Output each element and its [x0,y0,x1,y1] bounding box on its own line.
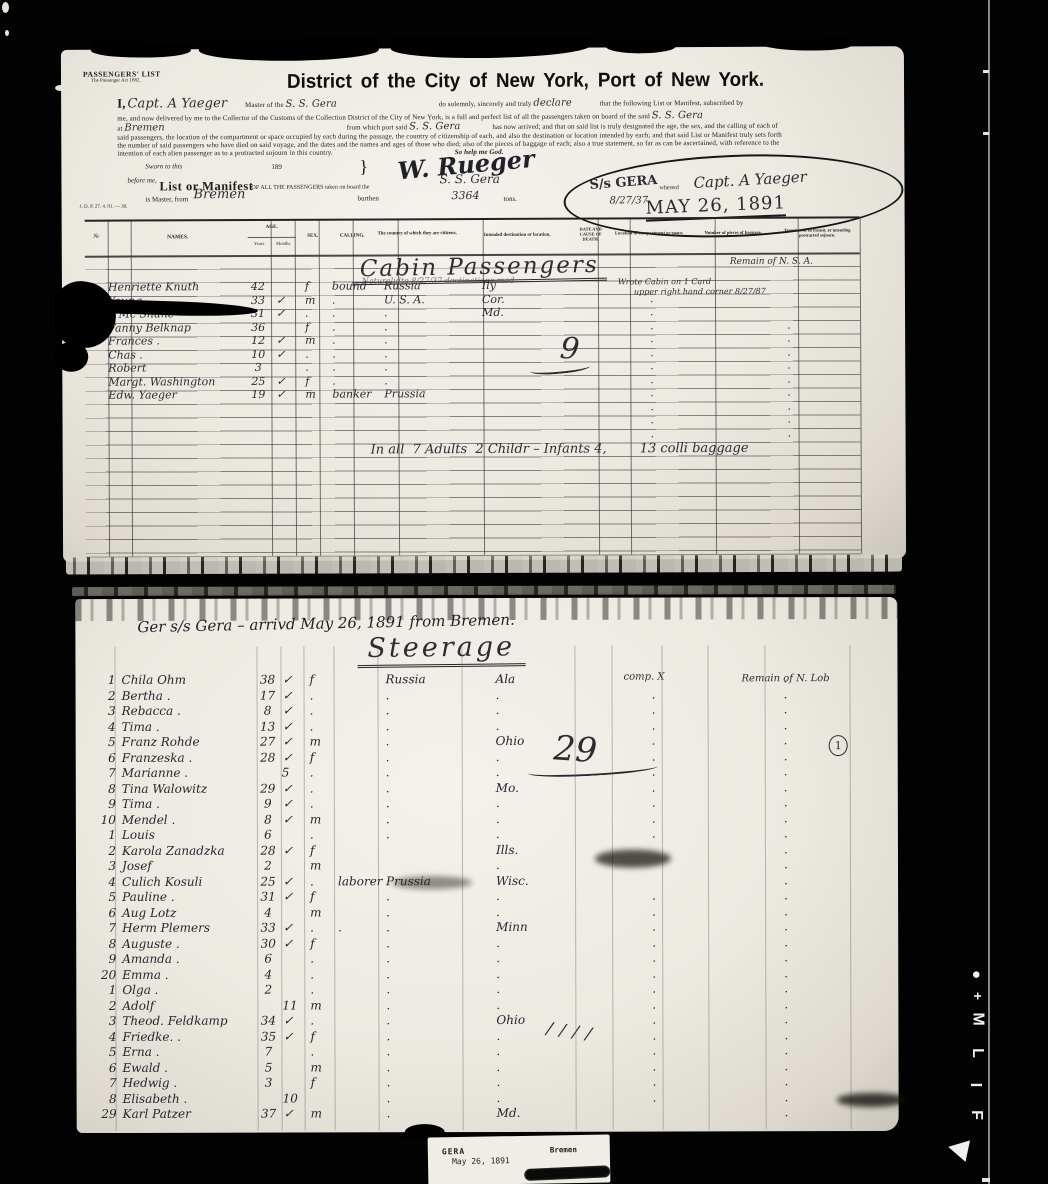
manifest-row: 2Karola Zanadzka28✓fIlls.. [76,841,898,857]
cell-country: . [384,306,388,319]
cell-country: . [386,827,390,841]
film-edge-line [988,0,990,1184]
manifest-row: 8Tina Walowitz29✓..Mo... [76,779,898,795]
cell-country: . [386,1029,390,1043]
cell-country: . [386,998,390,1012]
cell-name: Erna . [122,1045,159,1059]
manifest-row: 2Adolf11m.... [76,996,898,1012]
cell-country: . [386,765,390,779]
cell-no: 29 [97,1107,117,1121]
cell-comp: . [652,920,656,934]
cell-no: 2 [96,688,116,702]
film-letter-m: M [969,1012,987,1025]
cell-comp: . [653,1090,657,1104]
cell-dest: Ohio [496,1013,525,1027]
cell-comp: . [652,703,656,717]
cell-country: . [386,936,390,950]
cell-comp: . [652,749,656,763]
cell-name: Tima . [122,797,160,811]
cell-trans: . [784,1012,788,1026]
cell-years: 28 [255,843,281,857]
cell-chk: ✓ [283,936,293,950]
cell-country: . [384,333,388,346]
cell-name: Marianne . [122,766,188,780]
cell-country: . [384,347,388,360]
cell-comp: . [650,305,654,318]
cell-name: Margt. Washington [108,375,215,388]
cell-sex: m [310,905,321,919]
cell-country: . [386,750,390,764]
cell-country: . [384,374,388,387]
cell-no: 8 [96,936,116,950]
cell-calling: . [332,307,336,320]
cell-sex: m [310,858,321,872]
cell-years: 42 [245,280,271,293]
cell-dest: Minn [496,920,528,934]
cell-name: Aug Lotz [122,905,176,919]
cell-sex: f [310,750,314,764]
microfilm-scan: PASSENGERS' LIST The Passenger Act 1882.… [0,0,1048,1184]
cell-years: 27 [255,735,281,749]
cell-trans: . [784,888,788,902]
cell-comp: . [652,734,656,748]
cell-comp: . [650,319,654,332]
cell-comp: . [650,346,654,359]
cell-trans: . [784,981,788,995]
cell-years: 2 [255,983,281,997]
manifest-row: 5Pauline .31✓f.... [76,888,898,904]
manifest-row: 6Aug Lotz4m.... [76,903,898,919]
cell-no: 6 [96,905,116,919]
cell-name: Rebacca . [122,704,181,718]
cell-sex: m [311,1106,322,1120]
cell-trans: . [787,386,791,399]
cell-chk: ✓ [276,293,285,306]
cell-calling: . [332,374,336,387]
cell-dest: Md. [497,1106,521,1120]
film-letter-l: L [968,1048,986,1058]
torn-paper-strip [66,555,902,575]
cell-chk: ✓ [276,388,285,401]
cell-trans: . [785,1059,789,1073]
manifest-row: 3Josef2m.. [76,857,898,873]
cell-name: Tina Walowitz [122,781,207,795]
cell-trans: . [784,857,788,871]
cell-comp: . [652,982,656,996]
cell-trans: . [784,702,788,716]
cell-name: Louis [122,828,155,842]
cell-calling: laborer [338,874,383,888]
cell-no: 3 [96,704,116,718]
cell-chk: ✓ [283,719,293,733]
cell-sex: . [305,347,309,360]
cell-chk: ✓ [283,890,293,904]
manifest-row: 8Elisabeth .10.... [77,1089,899,1105]
cell-years: 34 [255,1014,281,1028]
cell-trans: . [788,426,792,439]
cell-comp: . [652,1028,656,1042]
cell-country: . [386,982,390,996]
manifest-row: 5Franz Rohde27✓m.Ohio.. [76,733,898,749]
cell-no: 5 [96,1045,116,1059]
cell-no: 7 [96,766,116,780]
cell-trans: . [784,966,788,980]
cell-country: . [387,1075,391,1089]
cell-comp: . [652,997,656,1011]
cell-name: Bertha . [122,688,171,702]
cell-chk: ✓ [283,843,293,857]
cell-no: 10 [96,812,116,826]
manifest-row: 8Auguste .30✓f.... [76,934,898,950]
cell-dest: . [496,703,500,717]
cell-chk: ✓ [283,1014,293,1028]
cell-name: Olga . [122,983,158,997]
cell-chk: ✓ [276,307,285,320]
cell-name: Robert [108,361,146,374]
cell-sex: . [310,874,314,888]
cell-comp: . [652,935,656,949]
cell-country: U. S. A. [384,293,425,306]
cell-dest: . [496,687,500,701]
cell-country: . [386,1013,390,1027]
cell-name: Culich Kosuli [122,874,202,888]
cell-comp: . [653,1075,657,1089]
cell-trans: . [784,950,788,964]
cell-trans: . [784,687,788,701]
cell-sex: . [310,703,314,717]
cell-chk: ✓ [276,347,285,360]
cell-name: Fanny Belknap [108,321,191,334]
cell-no: 9 [96,952,116,966]
cell-sex: m [305,293,315,306]
cell-trans: . [787,359,791,372]
cell-comp: . [652,796,656,810]
cell-years: 36 [245,320,271,333]
cell-sex: . [310,827,314,841]
cell-comp: . [650,359,654,372]
film-letter-i: I [966,1083,984,1087]
cell-dest: . [496,858,500,872]
cell-years: 3 [245,361,271,374]
film-plus-mark: + [970,992,986,1000]
cell-no: 1 [95,673,115,687]
cell-sex: . [310,719,314,733]
cell-trans: . [784,795,788,809]
steerage-rows: 1Chila Ohm38✓fRussiaAla.2Bertha .17✓....… [75,597,898,1133]
cell-name: Theod. Feldkamp [122,1014,227,1028]
cell-sex: . [310,765,314,779]
cell-no: 7 [97,1076,117,1090]
cell-years: 7 [255,1045,281,1059]
cell-calling: . [338,920,342,934]
cell-name: Ewald . [123,1060,168,1074]
cell-years: 6 [255,952,281,966]
cell-name: Elisabeth . [123,1091,188,1105]
cell-comp: . [652,904,656,918]
cell-years: 30 [255,936,281,950]
cell-no: 5 [96,735,116,749]
cabin-manifest-page: PASSENGERS' LIST The Passenger Act 1882.… [61,46,906,562]
cell-dest: . [496,966,500,980]
cell-sex: . [310,781,314,795]
cell-sex: . [310,1013,314,1027]
cell-sex: f [305,374,309,387]
cell-dest: . [497,1059,501,1073]
cell-comp: . [652,718,656,732]
cell-dest: . [496,951,500,965]
cell-name: Tima . [122,719,160,733]
cell-country: . [386,796,390,810]
manifest-row: 3Rebacca .8✓..... [76,702,898,718]
cell-sex: f [310,889,314,903]
cell-name: Franzeska . [122,750,193,764]
cell-trans: . [787,318,791,331]
manifest-row: 9Tima .9✓..... [76,795,898,811]
cell-years: 25 [255,874,281,888]
manifest-row: 7Marianne .5..... [76,764,898,780]
cell-trans: . [784,873,788,887]
cell-no: 2 [96,843,116,857]
cell-sex: . [310,1044,314,1058]
cell-calling: . [332,347,336,360]
manifest-row: 4Tima .13✓..... [76,717,898,733]
cell-no: 1 [96,983,116,997]
card-port: Bremen [550,1145,577,1154]
cell-years: 33 [245,293,271,306]
cell-name: Mendel . [122,812,175,826]
cell-comp: . [652,811,656,825]
cell-sex: f [305,280,309,293]
cell-calling: banker [332,387,371,400]
cell-years: 8 [255,704,281,718]
cell-country: . [386,703,390,717]
cell-dest: Cor. [482,292,505,305]
cell-dest: . [496,982,500,996]
cell-chk: ✓ [283,704,293,718]
cell-years: 37 [256,1107,282,1121]
cell-country: . [386,688,390,702]
cell-name: Josef [122,859,152,873]
cell-years: 38 [254,673,280,687]
cell-sex: . [310,951,314,965]
cell-no: 6 [96,750,116,764]
cell-comp: . [652,966,656,980]
cell-name: Chila Ohm [121,673,186,687]
manifest-row: 1Olga .2..... [76,981,898,997]
cell-no: 20 [96,967,116,981]
film-marker-triangle [946,1136,970,1162]
cell-years: 17 [255,688,281,702]
cell-trans: . [784,749,788,763]
cell-comp: . [650,292,654,305]
cell-country: . [386,781,390,795]
cell-comp: . [650,413,654,426]
cell-chk: ✓ [283,1029,293,1043]
cell-country: . [384,360,388,373]
cell-comp: . [652,951,656,965]
cell-name: Auguste . [122,936,180,950]
manifest-row: 4Friedke. .35✓f.... [76,1027,898,1043]
cell-years: 29 [255,781,281,795]
torn-paper-strip-2 [72,585,896,596]
cell-country: . [386,734,390,748]
manifest-row: 29Karl Patzer37✓m.Md.. [77,1105,899,1121]
manifest-row: 1Chila Ohm38✓fRussiaAla. [75,671,897,687]
cell-trans: . [787,332,791,345]
film-letter-f: F [967,1110,985,1120]
cell-calling: . [332,361,336,374]
cell-country: . [386,812,390,826]
manifest-row: 7Hedwig .3f.... [77,1074,899,1090]
cell-years: 4 [255,967,281,981]
cell-months: 11 [282,998,297,1012]
cell-dest: . [496,827,500,841]
cell-comp: . [652,687,656,701]
cell-dest: . [497,1090,501,1104]
cell-country: Prussia [384,387,425,400]
cell-trans: . [784,997,788,1011]
cell-trans: . [784,1043,788,1057]
cell-country: . [386,719,390,733]
cell-chk: ✓ [276,334,285,347]
cell-dest: Ills. [496,842,518,856]
cell-comp: . [650,332,654,345]
cell-trans: . [785,1105,789,1119]
cell-trans: . [785,1074,789,1088]
cell-trans: . [784,1028,788,1042]
cell-no: 3 [96,1014,116,1028]
cell-sex: f [310,936,314,950]
illegible-stamp [524,1165,610,1181]
cell-no: 3 [96,859,116,873]
cell-name: Emma . [122,967,168,981]
cell-trans: . [787,345,791,358]
cell-dest: . [496,811,500,825]
cell-chk: ✓ [276,374,285,387]
cell-years: 8 [255,812,281,826]
cell-sex: m [310,812,321,826]
cell-chk: ✓ [283,688,293,702]
cell-country: . [386,920,390,934]
cell-sex: . [310,920,314,934]
cell-comp: . [650,386,654,399]
cell-no: 8 [97,1091,117,1105]
cell-trans: . [787,413,791,426]
cell-years: 3 [256,1076,282,1090]
cell-sex: f [309,672,313,686]
cell-years: 5 [256,1060,282,1074]
cell-country: . [384,320,388,333]
cell-comp: . [652,765,656,779]
cell-trans: . [784,935,788,949]
cell-comp: . [652,780,656,794]
cell-chk: ✓ [283,812,293,826]
cell-dest: . [496,904,500,918]
manifest-row: 4Culich Kosuli25✓.laborerPrussiaWisc.. [76,872,898,888]
cell-years: 33 [255,921,281,935]
cell-no: 6 [97,1060,117,1074]
cell-years: 9 [255,797,281,811]
cell-comp: . [650,373,654,386]
film-reel-dot: ● [968,970,985,979]
cell-sex: f [310,1029,314,1043]
cell-comp: . [652,827,656,841]
cell-chk: ✓ [283,735,293,749]
cell-name: Henriette Knuth [108,280,199,293]
cell-comp: . [652,1044,656,1058]
cell-name: Frances . [108,334,160,347]
manifest-row: 9Amanda .6..... [76,950,898,966]
cell-sex: . [310,982,314,996]
microfilm-target-card: GERA May 26, 1891 Bremen [428,1134,611,1184]
cell-years: 12 [245,334,271,347]
cell-no: 4 [96,874,116,888]
cell-name: Friedke. . [122,1029,181,1043]
manifest-row: 1Louis6..... [76,826,898,842]
cell-years: 35 [255,1029,281,1043]
cell-sex: . [305,307,309,320]
cell-trans: . [784,718,788,732]
cell-name: Adolf [122,998,154,1012]
cell-dest: . [496,765,500,779]
cell-no: 9 [96,797,116,811]
cell-dest: Mo. [496,780,519,794]
cell-no: 4 [96,719,116,733]
cell-country: . [386,951,390,965]
cell-comp: . [653,1059,657,1073]
cell-dest: . [497,1075,501,1089]
cell-chk: ✓ [283,781,293,795]
cell-trans: . [784,764,788,778]
cell-country: . [386,967,390,981]
cell-sex: m [311,1060,322,1074]
cell-trans: . [784,826,788,840]
cell-no: 7 [96,921,116,935]
cell-calling: . [332,320,336,333]
cell-years: 25 [245,374,271,387]
cell-dest: Wisc. [496,873,529,887]
cell-chk: ✓ [282,673,292,687]
cell-name: Franz Rohde [122,735,200,749]
cell-country: . [386,905,390,919]
cell-dest: Ala [495,672,515,686]
cell-dest: . [496,1028,500,1042]
manifest-row: 6Franzeska .28✓f.... [76,748,898,764]
cell-name: Hedwig . [123,1076,178,1090]
cell-years: 4 [255,905,281,919]
cell-sex: . [310,967,314,981]
cell-trans: . [785,1090,789,1104]
cell-trans: . [783,671,787,685]
cell-chk: ✓ [283,874,293,888]
cell-calling: . [332,334,336,347]
cell-dest: . [496,889,500,903]
manifest-row: 5Erna .7..... [76,1043,898,1059]
cell-trans: . [784,842,788,856]
cell-years: 31 [255,890,281,904]
cell-trans: . [784,780,788,794]
cell-chk: ✓ [284,1107,294,1121]
cell-dest: Ily [482,279,496,292]
cell-sex: . [310,796,314,810]
cell-calling: . [332,293,336,306]
cell-years: 6 [255,828,281,842]
cell-years: 2 [255,859,281,873]
cell-months: 10 [283,1091,298,1105]
cell-comp: . [651,427,655,440]
cell-no: 1 [96,828,116,842]
manifest-row: 7Herm Plemers33✓...Minn.. [76,919,898,935]
